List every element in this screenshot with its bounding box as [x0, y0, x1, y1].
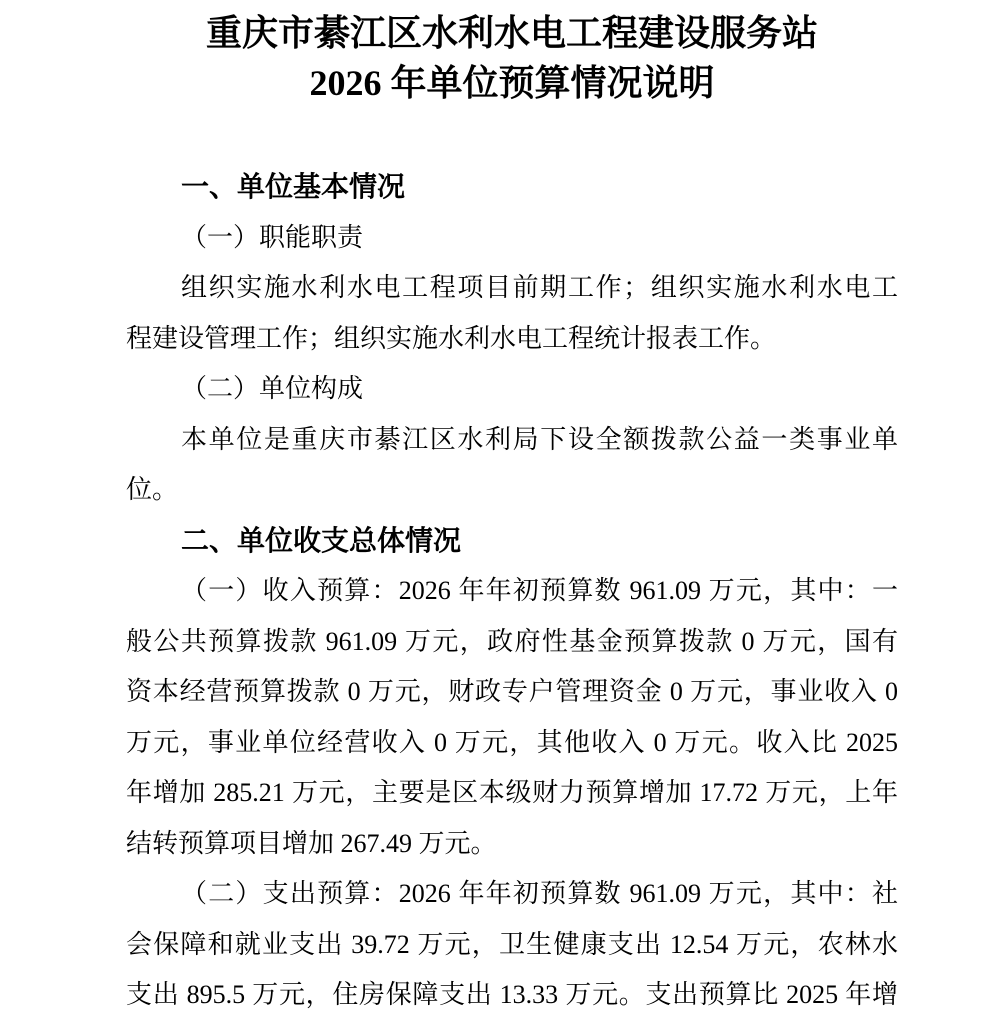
section1-composition-subheading: （二）单位构成 — [126, 364, 898, 415]
expenditure-paragraph-line-3: 支出 895.5 万元，住房保障支出 13.33 万元。支出预算比 2025 年… — [126, 970, 898, 1013]
duties-paragraph-line-2: 程建设管理工作；组织实施水利水电工程统计报表工作。 — [126, 314, 898, 365]
composition-paragraph-line-2: 位。 — [126, 465, 898, 516]
income-paragraph-line-6: 结转预算项目增加 267.49 万元。 — [126, 819, 898, 870]
expenditure-paragraph-line-2: 会保障和就业支出 39.72 万元，卫生健康支出 12.54 万元，农林水 — [126, 920, 898, 971]
document-body: 一、单位基本情况 （一）职能职责 组织实施水利水电工程项目前期工作；组织实施水利… — [126, 162, 898, 1013]
section1-heading: 一、单位基本情况 — [126, 162, 898, 213]
section2-heading: 二、单位收支总体情况 — [126, 516, 898, 567]
duties-paragraph-line-1: 组织实施水利水电工程项目前期工作；组织实施水利水电工 — [126, 263, 898, 314]
section1-duties-subheading: （一）职能职责 — [126, 213, 898, 264]
document-page: 重庆市綦江区水利水电工程建设服务站 2026 年单位预算情况说明 一、单位基本情… — [0, 0, 1000, 1013]
income-paragraph-line-4: 万元，事业单位经营收入 0 万元，其他收入 0 万元。收入比 2025 — [126, 718, 898, 769]
income-paragraph-line-1: （一）收入预算：2026 年年初预算数 961.09 万元，其中：一 — [126, 566, 898, 617]
income-paragraph-line-2: 般公共预算拨款 961.09 万元，政府性基金预算拨款 0 万元，国有 — [126, 617, 898, 668]
income-paragraph-line-5: 年增加 285.21 万元，主要是区本级财力预算增加 17.72 万元，上年 — [126, 768, 898, 819]
expenditure-paragraph-line-1: （二）支出预算：2026 年年初预算数 961.09 万元，其中：社 — [126, 869, 898, 920]
composition-paragraph-line-1: 本单位是重庆市綦江区水利局下设全额拨款公益一类事业单 — [126, 415, 898, 466]
document-title-line1: 重庆市綦江区水利水电工程建设服务站 — [126, 8, 898, 58]
document-title-line2: 2026 年单位预算情况说明 — [126, 58, 898, 108]
income-paragraph-line-3: 资本经营预算拨款 0 万元，财政专户管理资金 0 万元，事业收入 0 — [126, 667, 898, 718]
document-title: 重庆市綦江区水利水电工程建设服务站 2026 年单位预算情况说明 — [126, 8, 898, 108]
